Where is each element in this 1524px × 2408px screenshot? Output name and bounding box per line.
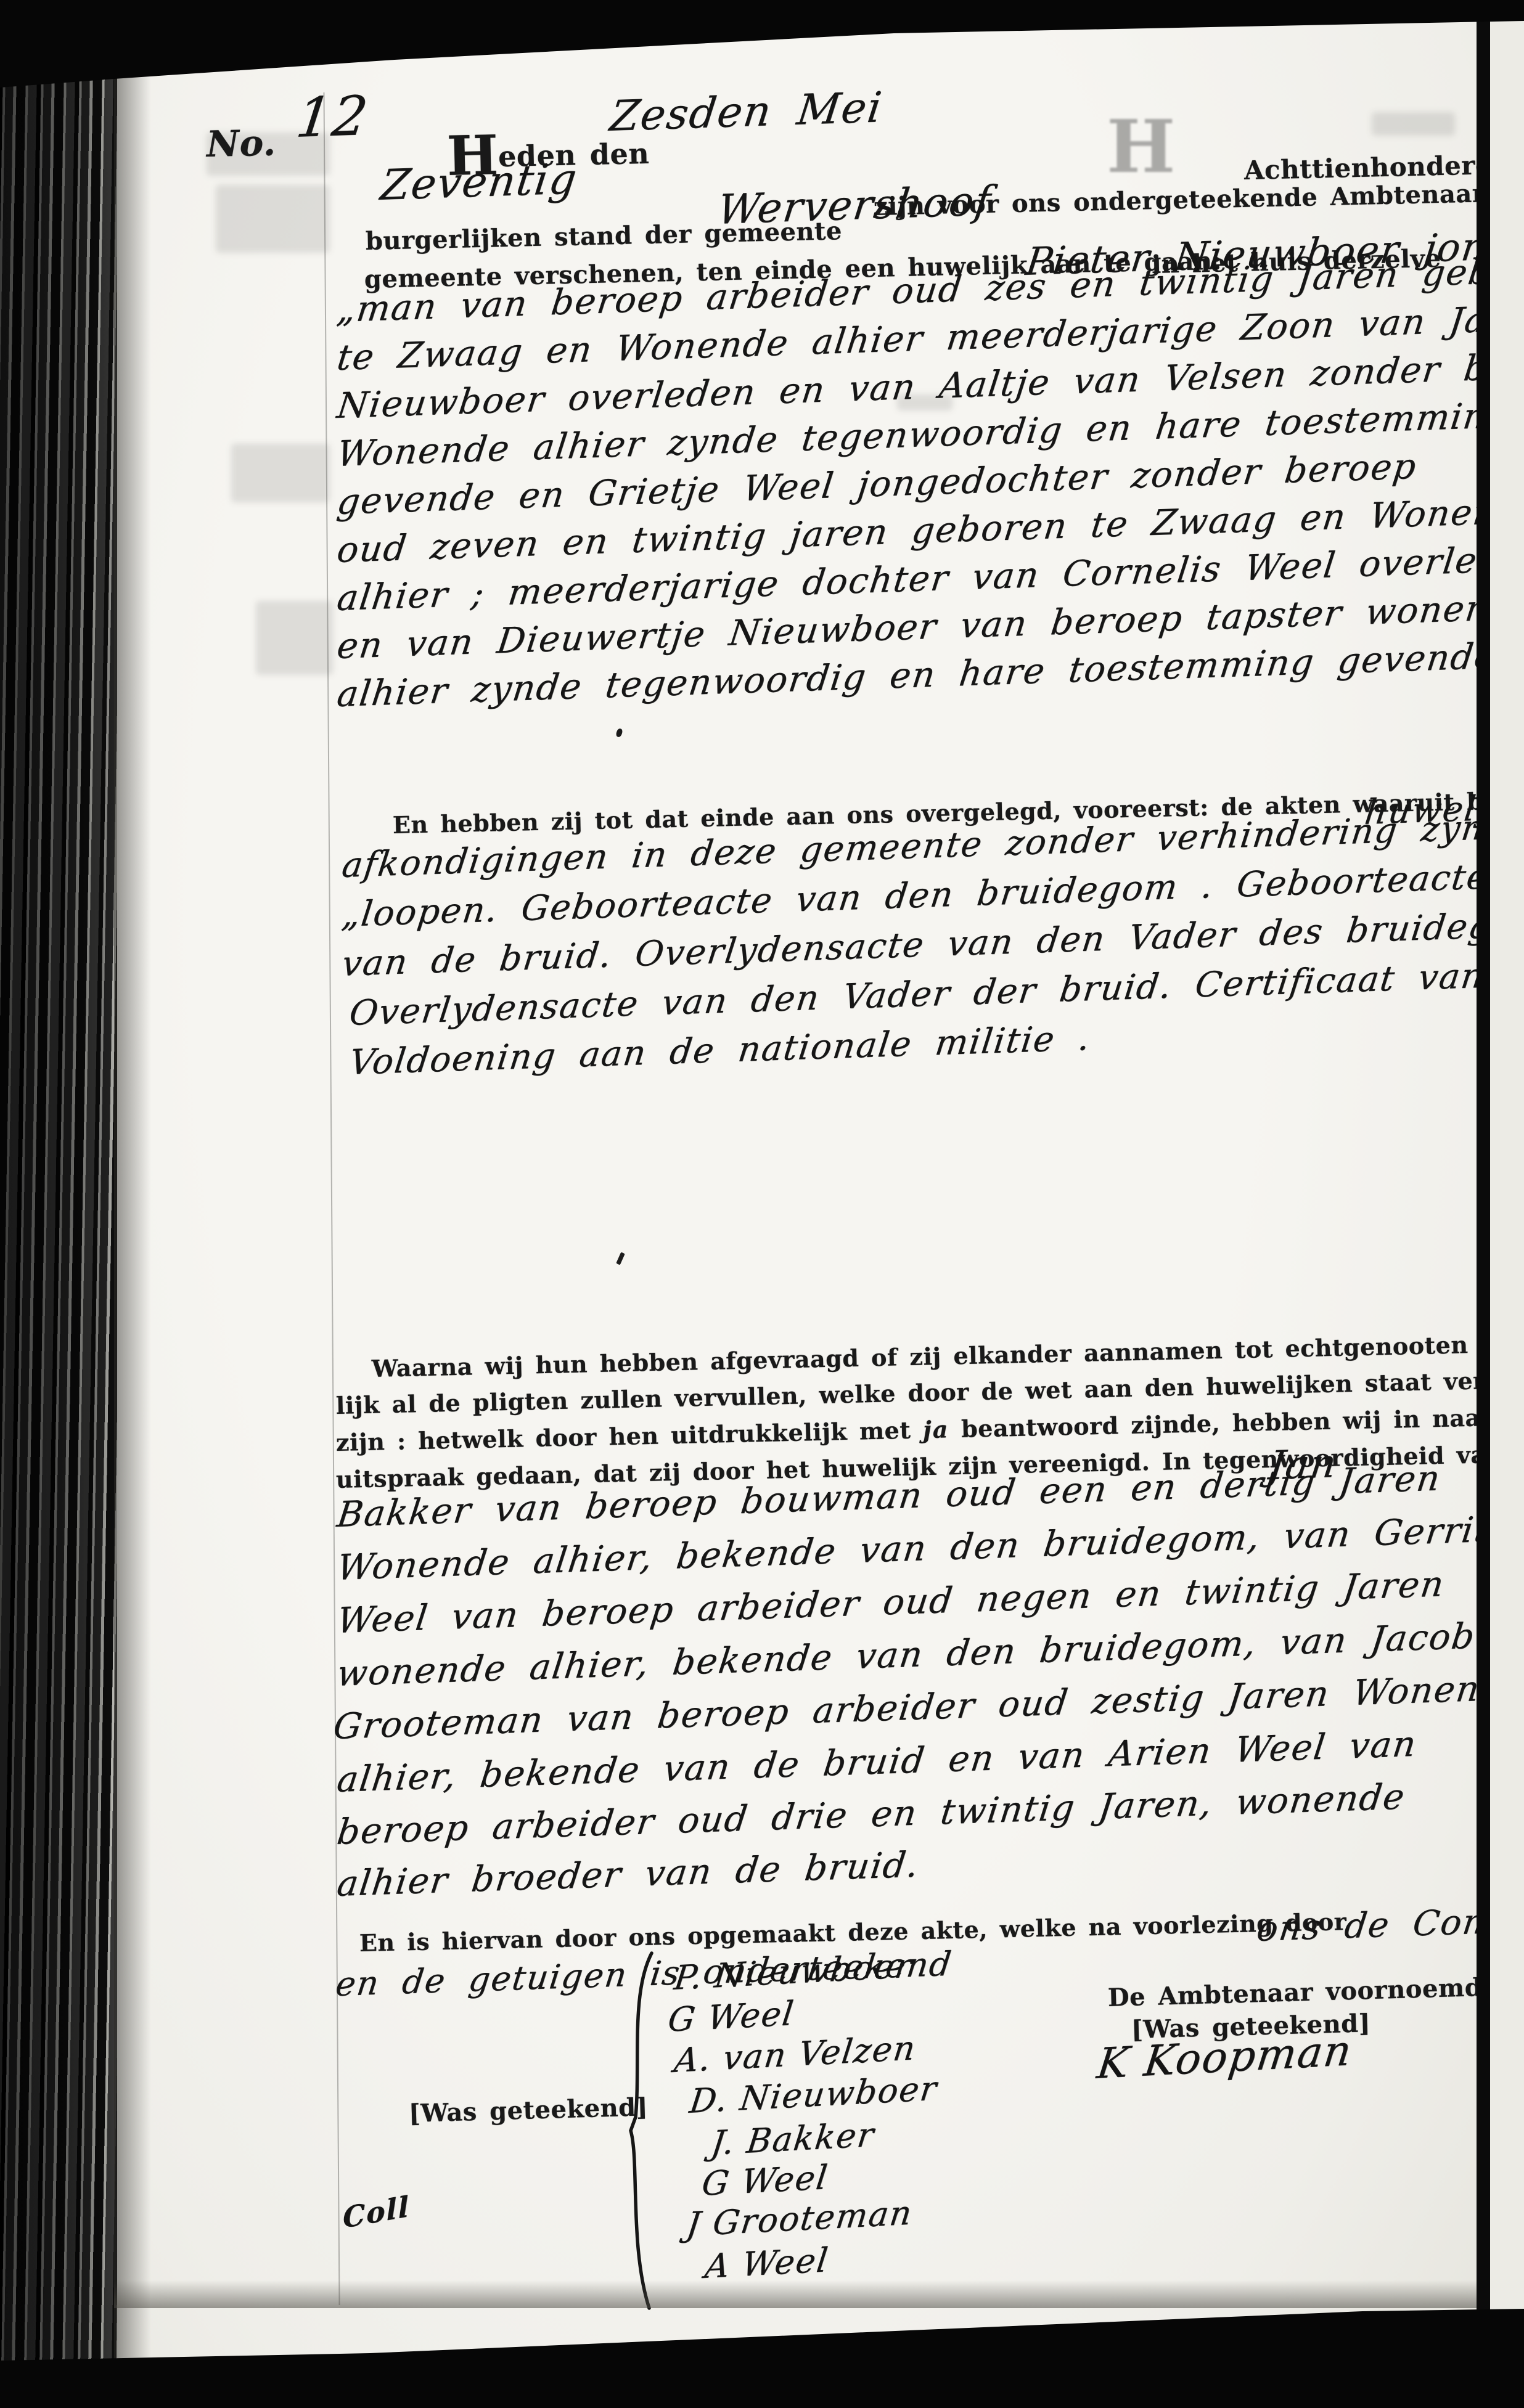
record-number-value: 12 (293, 84, 372, 150)
ja-answer: ja (923, 1415, 949, 1443)
bleedthrough-smudge (1372, 112, 1455, 136)
marriage-record-page: No. 12 Heden den Zesden Mei H Achttienho… (114, 0, 1477, 2408)
bleedthrough-smudge (256, 601, 333, 675)
paper-bottom-fold (114, 2280, 1477, 2308)
closing-handwritten-end: ons de Comparanten (1255, 1896, 1477, 1949)
ink-dot (615, 728, 623, 738)
next-page-sliver (1490, 0, 1524, 2408)
vows-line3-post: beantwoord zijnde, hebben wij in naam de… (949, 1401, 1477, 1443)
signature-name: A Weel (703, 2240, 831, 2286)
binding-shadow (114, 0, 151, 2408)
year-handwritten: Zeventig (378, 155, 580, 210)
vows-line3-pre: zijn : hetwelk door hen uitdrukkelijk me… (336, 1416, 924, 1456)
signature-name: G Weel (700, 2158, 830, 2203)
register-scan: No. 12 Heden den Zesden Mei H Achttienho… (0, 0, 1524, 2408)
book-binding-edge (0, 0, 117, 2408)
ghost-h-stamp: H (1107, 104, 1176, 189)
witness-line: alhier broeder van de bruid. (335, 1844, 922, 1904)
gemeente-handwritten: Wervershoof (715, 177, 994, 234)
was-geteekend-left-label: [Was geteekend] (408, 2092, 648, 2128)
bleedthrough-smudge (231, 444, 330, 502)
pen-mark (616, 1252, 625, 1265)
official-heading: De Ambtenaar voornoemd, (1107, 1973, 1477, 2012)
date-handwritten: Zesden Mei (607, 83, 885, 141)
signature-brace (615, 1951, 660, 2311)
bleedthrough-smudge (216, 185, 330, 253)
coll-mark: Coll (342, 2189, 410, 2235)
signature-name: J. Bakker (709, 2115, 877, 2163)
signature-name: G Weel (666, 1994, 797, 2039)
page-gutter-line (1477, 0, 1490, 2408)
record-number-label: No. (206, 122, 276, 165)
